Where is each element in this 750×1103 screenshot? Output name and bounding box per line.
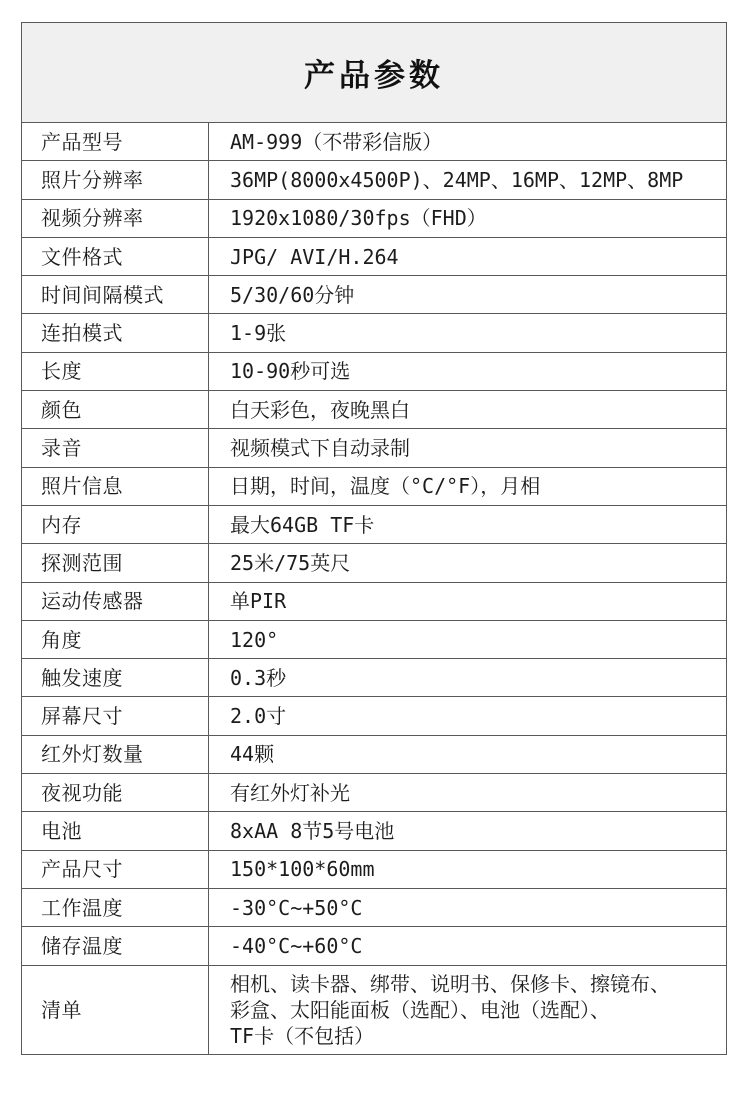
spec-row-label: 探测范围 bbox=[22, 544, 209, 581]
spec-row-value: 36MP(8000x4500P)、24MP、16MP、12MP、8MP bbox=[209, 161, 726, 198]
spec-row-value: 视频模式下自动录制 bbox=[209, 429, 726, 466]
spec-row-label: 长度 bbox=[22, 353, 209, 390]
table-row: 视频分辨率 1920x1080/30fps（FHD） bbox=[22, 200, 726, 238]
table-row: 储存温度 -40°C~+60°C bbox=[22, 927, 726, 965]
table-row: 屏幕尺寸 2.0寸 bbox=[22, 697, 726, 735]
spec-row-value: 相机、读卡器、绑带、说明书、保修卡、擦镜布、 彩盒、太阳能面板（选配）、电池（选… bbox=[209, 966, 726, 1054]
spec-row-label: 照片分辨率 bbox=[22, 161, 209, 198]
spec-row-label: 产品型号 bbox=[22, 123, 209, 160]
spec-row-value: 1920x1080/30fps（FHD） bbox=[209, 200, 726, 237]
spec-row-label: 红外灯数量 bbox=[22, 736, 209, 773]
spec-row-value: 0.3秒 bbox=[209, 659, 726, 696]
spec-row-label: 夜视功能 bbox=[22, 774, 209, 811]
table-row: 电池 8xAA 8节5号电池 bbox=[22, 812, 726, 850]
table-row: 产品型号 AM-999（不带彩信版） bbox=[22, 123, 726, 161]
table-row: 连拍模式 1-9张 bbox=[22, 314, 726, 352]
spec-row-value: 8xAA 8节5号电池 bbox=[209, 812, 726, 849]
spec-row-value: 单PIR bbox=[209, 583, 726, 620]
spec-rows: 产品型号 AM-999（不带彩信版） 照片分辨率 36MP(8000x4500P… bbox=[22, 123, 726, 1054]
spec-row-label: 时间间隔模式 bbox=[22, 276, 209, 313]
table-row: 文件格式 JPG/ AVI/H.264 bbox=[22, 238, 726, 276]
spec-row-label: 视频分辨率 bbox=[22, 200, 209, 237]
spec-row-label: 电池 bbox=[22, 812, 209, 849]
table-row: 清单 相机、读卡器、绑带、说明书、保修卡、擦镜布、 彩盒、太阳能面板（选配）、电… bbox=[22, 966, 726, 1054]
table-row: 角度 120° bbox=[22, 621, 726, 659]
spec-row-value: JPG/ AVI/H.264 bbox=[209, 238, 726, 275]
spec-row-value: 150*100*60mm bbox=[209, 851, 726, 888]
spec-row-value: -40°C~+60°C bbox=[209, 927, 726, 964]
spec-row-value: 有红外灯补光 bbox=[209, 774, 726, 811]
product-spec-table: 产品参数 产品型号 AM-999（不带彩信版） 照片分辨率 36MP(8000x… bbox=[21, 22, 727, 1055]
table-row: 工作温度 -30°C~+50°C bbox=[22, 889, 726, 927]
spec-row-value: 120° bbox=[209, 621, 726, 658]
spec-row-label: 颜色 bbox=[22, 391, 209, 428]
spec-row-value: 5/30/60分钟 bbox=[209, 276, 726, 313]
spec-row-label: 运动传感器 bbox=[22, 583, 209, 620]
spec-row-label: 产品尺寸 bbox=[22, 851, 209, 888]
spec-row-label: 录音 bbox=[22, 429, 209, 466]
spec-row-label: 内存 bbox=[22, 506, 209, 543]
table-row: 产品尺寸 150*100*60mm bbox=[22, 851, 726, 889]
table-row: 探测范围 25米/75英尺 bbox=[22, 544, 726, 582]
table-row: 颜色 白天彩色，夜晚黑白 bbox=[22, 391, 726, 429]
table-row: 内存 最大64GB TF卡 bbox=[22, 506, 726, 544]
spec-row-value: 2.0寸 bbox=[209, 697, 726, 734]
spec-row-label: 清单 bbox=[22, 966, 209, 1054]
spec-table-title: 产品参数 bbox=[22, 23, 726, 123]
table-row: 长度 10-90秒可选 bbox=[22, 353, 726, 391]
spec-row-value: 44颗 bbox=[209, 736, 726, 773]
spec-row-label: 照片信息 bbox=[22, 468, 209, 505]
table-row: 红外灯数量 44颗 bbox=[22, 736, 726, 774]
spec-row-value: 白天彩色，夜晚黑白 bbox=[209, 391, 726, 428]
table-row: 夜视功能 有红外灯补光 bbox=[22, 774, 726, 812]
table-row: 照片分辨率 36MP(8000x4500P)、24MP、16MP、12MP、8M… bbox=[22, 161, 726, 199]
spec-row-label: 储存温度 bbox=[22, 927, 209, 964]
spec-row-label: 连拍模式 bbox=[22, 314, 209, 351]
spec-row-value: AM-999（不带彩信版） bbox=[209, 123, 726, 160]
spec-row-value: 25米/75英尺 bbox=[209, 544, 726, 581]
spec-row-value: 最大64GB TF卡 bbox=[209, 506, 726, 543]
spec-row-label: 触发速度 bbox=[22, 659, 209, 696]
product-spec-page: { "header": { "title": "产品参数" }, "table"… bbox=[0, 0, 750, 1103]
table-row: 照片信息 日期，时间，温度（°C/°F），月相 bbox=[22, 468, 726, 506]
table-row: 运动传感器 单PIR bbox=[22, 583, 726, 621]
spec-row-label: 工作温度 bbox=[22, 889, 209, 926]
spec-row-value: -30°C~+50°C bbox=[209, 889, 726, 926]
spec-row-value: 1-9张 bbox=[209, 314, 726, 351]
spec-row-label: 屏幕尺寸 bbox=[22, 697, 209, 734]
table-row: 录音 视频模式下自动录制 bbox=[22, 429, 726, 467]
spec-row-label: 角度 bbox=[22, 621, 209, 658]
table-row: 时间间隔模式 5/30/60分钟 bbox=[22, 276, 726, 314]
spec-row-value: 10-90秒可选 bbox=[209, 353, 726, 390]
table-row: 触发速度 0.3秒 bbox=[22, 659, 726, 697]
spec-row-value: 日期，时间，温度（°C/°F），月相 bbox=[209, 468, 726, 505]
spec-row-label: 文件格式 bbox=[22, 238, 209, 275]
